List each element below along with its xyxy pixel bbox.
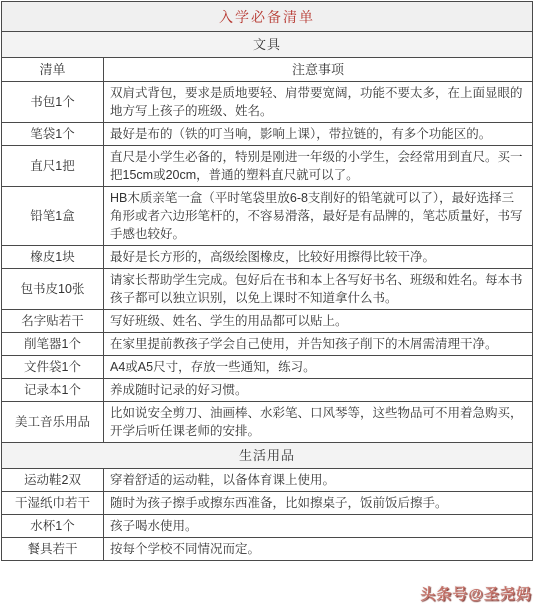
note-cell: 比如说安全剪刀、油画棒、水彩笔、口风琴等，这些物品可不用着急购买，开学后听任课老… (104, 402, 533, 443)
item-cell: 记录本1个 (2, 379, 104, 402)
item-cell: 名字贴若干 (2, 310, 104, 333)
item-cell: 削笔器1个 (2, 333, 104, 356)
note-cell: 请家长帮助学生完成。包好后在书和本上各写好书名、班级和姓名。每本书孩子都可以独立… (104, 269, 533, 310)
note-cell: 在家里提前教孩子学会自己使用，并告知孩子削下的木屑需清理干净。 (104, 333, 533, 356)
section-header: 生活用品 (2, 443, 533, 469)
note-cell: 养成随时记录的好习惯。 (104, 379, 533, 402)
item-cell: 笔袋1个 (2, 123, 104, 146)
table-row: 橡皮1块最好是长方形的，高级绘图橡皮，比较好用擦得比较干净。 (2, 246, 533, 269)
note-cell: 穿着舒适的运动鞋，以备体育课上使用。 (104, 469, 533, 492)
section-header: 文具 (2, 32, 533, 58)
item-cell: 直尺1把 (2, 146, 104, 187)
column-header-notes: 注意事项 (104, 58, 533, 82)
item-cell: 餐具若干 (2, 538, 104, 561)
item-cell: 铅笔1盒 (2, 187, 104, 246)
watermark: 头条号@圣尧妈 (420, 583, 532, 604)
table-row: 包书皮10张请家长帮助学生完成。包好后在书和本上各写好书名、班级和姓名。每本书孩… (2, 269, 533, 310)
table-row: 水杯1个孩子喝水使用。 (2, 515, 533, 538)
checklist-table: 入学必备清单 文具清单注意事项书包1个双肩式背包，要求是质地要轻、肩带要宽阔，功… (1, 1, 533, 561)
item-cell: 干湿纸巾若干 (2, 492, 104, 515)
item-cell: 文件袋1个 (2, 356, 104, 379)
table-row: 干湿纸巾若干随时为孩子擦手或擦东西准备，比如擦桌子，饭前饭后擦手。 (2, 492, 533, 515)
table-row: 记录本1个养成随时记录的好习惯。 (2, 379, 533, 402)
note-cell: 孩子喝水使用。 (104, 515, 533, 538)
note-cell: 双肩式背包，要求是质地要轻、肩带要宽阔，功能不要太多，在上面显眼的地方写上孩子的… (104, 82, 533, 123)
page-title: 入学必备清单 (2, 2, 533, 32)
table-row: 笔袋1个最好是布的（铁的叮当响，影响上课），带拉链的，有多个功能区的。 (2, 123, 533, 146)
note-cell: 按每个学校不同情况而定。 (104, 538, 533, 561)
item-cell: 美工音乐用品 (2, 402, 104, 443)
note-cell: HB木质亲笔一盒（平时笔袋里放6-8支削好的铅笔就可以了），最好选择三角形或者六… (104, 187, 533, 246)
table-row: 直尺1把直尺是小学生必备的，特别是刚进一年级的小学生，会经常用到直尺。买一把15… (2, 146, 533, 187)
item-cell: 书包1个 (2, 82, 104, 123)
column-header-row: 清单注意事项 (2, 58, 533, 82)
item-cell: 运动鞋2双 (2, 469, 104, 492)
note-cell: 随时为孩子擦手或擦东西准备，比如擦桌子，饭前饭后擦手。 (104, 492, 533, 515)
table-row: 美工音乐用品比如说安全剪刀、油画棒、水彩笔、口风琴等，这些物品可不用着急购买，开… (2, 402, 533, 443)
note-cell: 最好是布的（铁的叮当响，影响上课），带拉链的，有多个功能区的。 (104, 123, 533, 146)
note-cell: A4或A5尺寸，存放一些通知，练习。 (104, 356, 533, 379)
table-row: 铅笔1盒HB木质亲笔一盒（平时笔袋里放6-8支削好的铅笔就可以了），最好选择三角… (2, 187, 533, 246)
item-cell: 包书皮10张 (2, 269, 104, 310)
table-row: 书包1个双肩式背包，要求是质地要轻、肩带要宽阔，功能不要太多，在上面显眼的地方写… (2, 82, 533, 123)
section-row: 文具 (2, 32, 533, 58)
item-cell: 水杯1个 (2, 515, 104, 538)
table-row: 名字贴若干写好班级、姓名、学生的用品都可以贴上。 (2, 310, 533, 333)
item-cell: 橡皮1块 (2, 246, 104, 269)
table-row: 文件袋1个A4或A5尺寸，存放一些通知，练习。 (2, 356, 533, 379)
title-row: 入学必备清单 (2, 2, 533, 32)
note-cell: 写好班级、姓名、学生的用品都可以贴上。 (104, 310, 533, 333)
table-row: 运动鞋2双穿着舒适的运动鞋，以备体育课上使用。 (2, 469, 533, 492)
column-header-item: 清单 (2, 58, 104, 82)
note-cell: 直尺是小学生必备的，特别是刚进一年级的小学生，会经常用到直尺。买一把15cm或2… (104, 146, 533, 187)
section-row: 生活用品 (2, 443, 533, 469)
table-row: 削笔器1个在家里提前教孩子学会自己使用，并告知孩子削下的木屑需清理干净。 (2, 333, 533, 356)
note-cell: 最好是长方形的，高级绘图橡皮，比较好用擦得比较干净。 (104, 246, 533, 269)
table-row: 餐具若干按每个学校不同情况而定。 (2, 538, 533, 561)
